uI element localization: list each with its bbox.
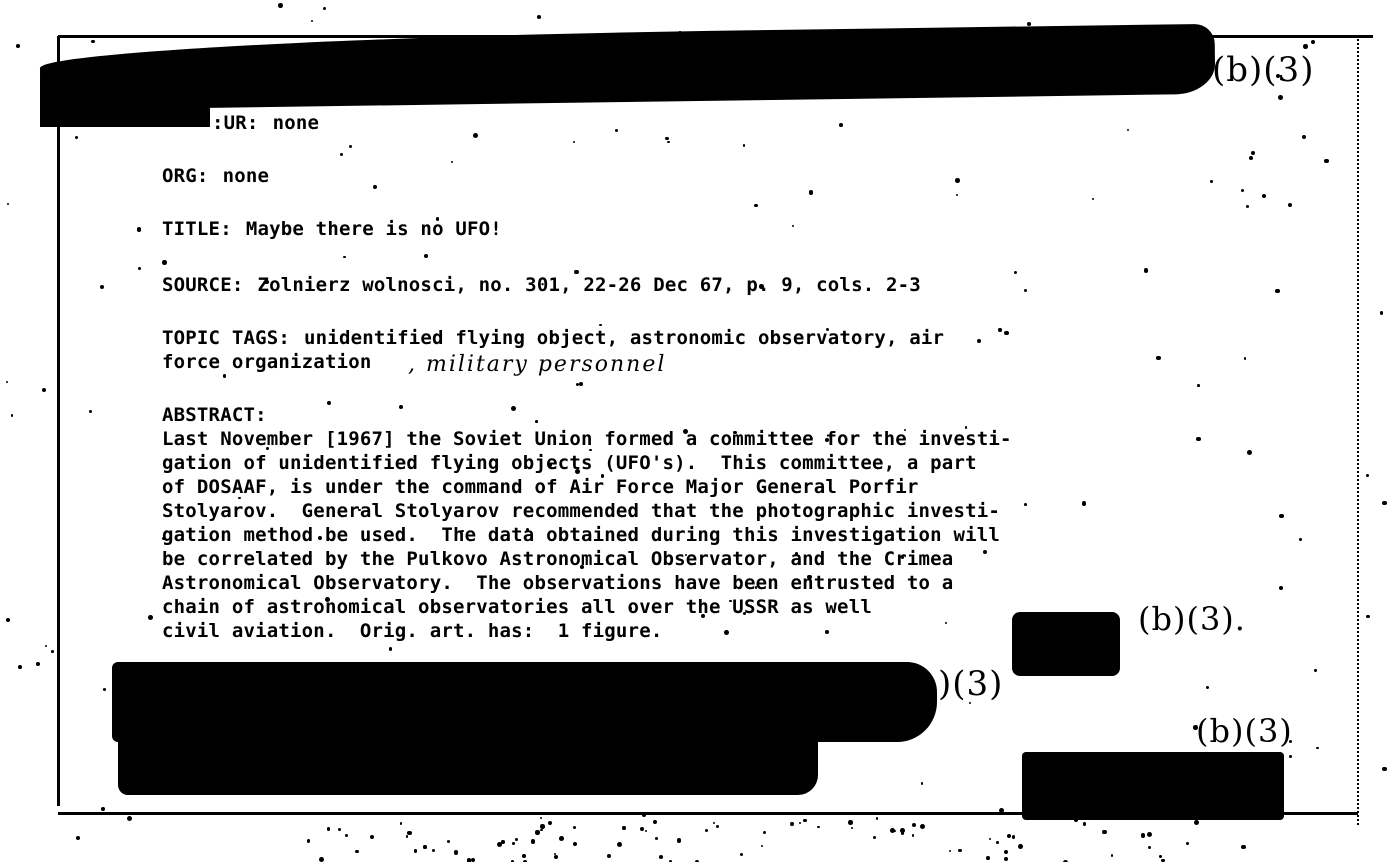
scan-speck — [1111, 854, 1114, 857]
scan-speck — [1004, 331, 1009, 336]
scan-speck — [148, 615, 153, 620]
scan-speck — [1024, 503, 1027, 506]
scan-speck — [432, 849, 435, 852]
scan-speck — [705, 829, 708, 832]
scan-speck — [958, 849, 961, 852]
scan-speck — [423, 845, 426, 848]
scan-speck — [533, 71, 537, 75]
scan-speck — [912, 823, 916, 827]
scan-speck — [575, 72, 577, 74]
scan-speck — [807, 575, 811, 579]
scan-speck — [809, 190, 813, 194]
scan-speck — [642, 813, 646, 817]
field-topic-tags-line1: unidentified flying object, astronomic o… — [304, 327, 944, 349]
scan-speck — [6, 618, 10, 622]
scan-speck — [1249, 156, 1253, 160]
scan-speck — [887, 50, 892, 55]
scan-speck — [1241, 845, 1245, 849]
scan-speck — [511, 406, 516, 411]
scan-speck — [751, 719, 756, 724]
abstract-line: chain of astronomical observatories all … — [162, 596, 872, 618]
scan-speck — [667, 141, 669, 143]
scan-speck — [454, 850, 459, 855]
scan-speck — [1147, 832, 1152, 837]
scan-speck — [535, 830, 539, 834]
scan-speck — [1145, 68, 1148, 71]
scan-speck — [645, 830, 647, 832]
scan-speck — [7, 203, 9, 205]
scan-speck — [901, 831, 905, 835]
scan-speck — [573, 826, 576, 829]
abstract-line: civil aviation. Orig. art. has: 1 figure… — [162, 620, 662, 642]
scan-speck — [1196, 437, 1201, 442]
scan-speck — [1302, 135, 1306, 139]
exemption-mark-top: (b)(3) — [1212, 50, 1314, 90]
scan-speck — [531, 839, 536, 844]
scan-speck — [406, 835, 408, 837]
abstract-line: gation method be used. The data obtained… — [162, 524, 1000, 546]
scan-speck — [640, 827, 645, 832]
scan-speck — [577, 53, 581, 57]
abstract-heading: ABSTRACT: — [162, 404, 267, 426]
field-topic-tags-line2: force organization — [162, 351, 372, 373]
scan-speck — [540, 824, 544, 828]
scan-speck — [325, 597, 330, 602]
scan-speck — [540, 817, 543, 820]
scan-speck — [311, 20, 313, 22]
abstract-line: be correlated by the Pulkovo Astronomica… — [162, 548, 953, 570]
scan-speck — [100, 285, 104, 289]
scan-speck — [665, 137, 668, 140]
scan-speck — [1382, 501, 1386, 505]
redaction-block-bottom-right — [1022, 752, 1284, 820]
scan-speck — [307, 839, 310, 842]
scan-speck — [996, 841, 999, 844]
scan-speck — [1083, 822, 1086, 825]
scan-speck — [754, 204, 757, 207]
scan-speck — [713, 822, 716, 825]
scan-speck — [574, 270, 578, 274]
exemption-mark-middle: (b)(3). — [1138, 600, 1246, 638]
field-source-value: Zolnierz wolnosci, no. 301, 22-26 Dec 67… — [257, 274, 920, 296]
scan-speck — [349, 145, 352, 148]
scan-speck — [653, 820, 657, 824]
scan-speck — [343, 256, 345, 258]
scan-speck — [1246, 205, 1249, 208]
scan-speck — [554, 855, 558, 859]
scan-speck — [677, 838, 682, 843]
scan-speck — [1014, 271, 1017, 274]
scan-speck — [740, 853, 743, 856]
scan-speck — [716, 825, 719, 828]
scan-speck — [345, 834, 348, 837]
scan-speck — [424, 254, 428, 258]
scan-speck — [890, 828, 895, 833]
abstract-line: of DOSAAF, is under the command of Air F… — [162, 476, 919, 498]
scan-speck — [103, 688, 106, 691]
scan-speck — [1288, 203, 1292, 207]
scan-speck — [986, 856, 990, 860]
scan-speck — [101, 807, 105, 811]
scan-speck — [16, 44, 20, 48]
scan-speck — [999, 808, 1004, 813]
scan-speck — [389, 647, 393, 651]
scan-speck — [537, 15, 541, 19]
field-title-value: Maybe there is no UFO! — [246, 218, 502, 240]
handwritten-tag-addition: , military personnel — [408, 352, 666, 377]
scan-speck — [339, 64, 342, 67]
scan-speck — [91, 40, 95, 44]
redaction-block-middle — [1012, 612, 1120, 676]
scan-speck — [1082, 501, 1086, 505]
scan-speck — [6, 381, 9, 384]
scan-speck — [876, 817, 878, 819]
scan-speck — [825, 630, 829, 634]
scan-speck — [1210, 180, 1213, 183]
scan-speck — [162, 260, 167, 265]
abstract-line: Astronomical Observatory. The observatio… — [162, 572, 953, 594]
scan-speck — [799, 822, 801, 824]
field-author-value: none — [273, 112, 320, 134]
scan-speck — [278, 3, 283, 8]
scan-speck — [11, 414, 13, 416]
scan-speck — [942, 68, 944, 70]
scan-speck — [873, 836, 876, 839]
scan-speck — [817, 826, 819, 828]
scan-speck — [75, 136, 79, 140]
scan-speck — [856, 48, 858, 50]
frame-right-border — [1357, 35, 1361, 825]
field-author-label: :UR: — [212, 112, 259, 134]
scan-speck — [512, 842, 515, 845]
scan-speck — [1289, 755, 1292, 758]
scan-speck — [340, 153, 343, 156]
scan-speck — [1159, 855, 1162, 858]
scan-speck — [1127, 129, 1129, 131]
scan-speck — [1324, 159, 1329, 164]
scan-speck — [683, 429, 688, 434]
scan-speck — [370, 835, 374, 839]
scan-speck — [264, 280, 268, 284]
scan-speck — [615, 129, 618, 132]
scan-speck — [1247, 450, 1252, 455]
abstract-line: gation of unidentified flying objects (U… — [162, 452, 977, 474]
scan-speck — [901, 556, 904, 559]
scan-speck — [1128, 816, 1130, 818]
scan-speck — [499, 91, 503, 95]
scan-speck — [956, 194, 958, 196]
scan-speck — [327, 827, 330, 830]
field-topic-tags-label: TOPIC TAGS: — [162, 327, 290, 349]
scan-speck — [473, 133, 478, 138]
scan-speck — [1275, 289, 1280, 294]
scan-speck — [921, 782, 923, 784]
scan-speck — [127, 816, 132, 821]
scan-speck — [42, 388, 46, 392]
scan-speck — [1007, 834, 1011, 838]
field-source-label: SOURCE: — [162, 274, 243, 296]
scan-speck — [659, 855, 663, 859]
scan-speck — [851, 827, 853, 829]
scan-speck — [223, 374, 227, 378]
scan-speck — [535, 420, 538, 423]
scan-speck — [373, 185, 377, 189]
scan-speck — [795, 552, 798, 555]
scan-speck — [1279, 586, 1283, 590]
field-title-label: TITLE: — [162, 218, 232, 240]
scan-speck — [318, 536, 322, 540]
scan-speck — [45, 645, 47, 647]
field-org: ORG:none — [162, 165, 269, 187]
scan-speck — [733, 431, 736, 434]
redaction-block-author — [40, 75, 210, 127]
scan-speck — [848, 820, 853, 825]
scan-speck — [912, 834, 914, 836]
scan-speck — [746, 767, 750, 771]
scan-speck — [1262, 194, 1266, 198]
scan-speck — [617, 842, 622, 847]
scan-speck — [291, 697, 295, 701]
scan-speck — [1186, 842, 1189, 845]
scan-speck — [839, 123, 843, 127]
scan-speck — [338, 828, 341, 831]
scan-speck — [977, 339, 981, 343]
scan-speck — [1241, 189, 1244, 192]
abstract-line: Last November [1967] the Soviet Union fo… — [162, 428, 1012, 450]
exemption-mark-bottom-right: (b)(3) — [1196, 712, 1293, 750]
scan-speck — [724, 630, 729, 635]
scan-speck — [550, 333, 553, 336]
scan-speck — [1193, 725, 1198, 730]
scan-speck — [575, 469, 580, 474]
scan-speck — [1024, 289, 1027, 292]
scan-speck — [573, 842, 577, 846]
scan-speck — [1299, 538, 1302, 541]
scan-speck — [1004, 850, 1008, 854]
scan-speck — [790, 822, 794, 826]
scan-speck — [451, 161, 453, 163]
scan-speck — [589, 449, 592, 452]
scan-speck — [1314, 669, 1316, 671]
scan-speck — [701, 614, 705, 618]
scan-speck — [497, 842, 502, 847]
scan-speck — [266, 447, 269, 450]
scan-speck — [407, 831, 412, 836]
field-source: SOURCE:Zolnierz wolnosci, no. 301, 22-26… — [162, 274, 921, 296]
scan-speck — [548, 463, 552, 467]
scan-speck — [780, 754, 782, 756]
scan-speck — [601, 474, 605, 478]
scan-speck — [540, 829, 543, 832]
scan-speck — [998, 328, 1001, 331]
scan-speck — [414, 849, 418, 853]
scan-speck — [238, 497, 241, 500]
scan-speck — [949, 850, 951, 852]
scan-speck — [983, 550, 987, 554]
scan-speck — [1018, 844, 1023, 849]
scan-speck — [1251, 151, 1255, 155]
scan-speck — [522, 854, 526, 858]
scan-speck — [358, 509, 360, 511]
scan-speck — [355, 850, 359, 854]
scan-speck — [803, 819, 806, 822]
scan-speck — [1102, 830, 1107, 835]
scan-speck — [1382, 767, 1387, 772]
scan-speck — [447, 840, 450, 843]
scan-speck — [425, 44, 428, 47]
exemption-mark-bottom-left: )(3) — [938, 664, 1003, 704]
scan-speck — [515, 838, 518, 841]
scan-speck — [573, 141, 575, 143]
scan-speck — [607, 854, 611, 858]
scan-speck — [1303, 44, 1308, 49]
scan-speck — [137, 227, 142, 232]
scan-speck — [580, 565, 584, 569]
scan-speck — [1244, 357, 1246, 359]
scan-speck — [761, 845, 764, 848]
scan-speck — [89, 410, 92, 413]
field-org-label: ORG: — [162, 165, 209, 187]
scan-speck — [323, 7, 326, 10]
scan-speck — [599, 324, 602, 327]
scan-speck — [138, 267, 141, 270]
scan-speck — [920, 824, 925, 829]
scan-speck — [1074, 818, 1078, 822]
scan-speck — [471, 858, 475, 862]
scan-speck — [755, 586, 757, 588]
scan-speck — [904, 429, 906, 431]
scan-speck — [1156, 356, 1160, 360]
scan-speck — [759, 284, 764, 289]
scan-speck — [1141, 833, 1146, 838]
field-author: :UR:none — [212, 112, 319, 134]
abstract-line: Stolyarov. General Stolyarov recommended… — [162, 500, 1000, 522]
scan-speck — [1197, 384, 1200, 387]
scan-speck — [51, 650, 54, 653]
scan-speck — [36, 662, 40, 666]
scan-speck — [763, 831, 766, 834]
scan-speck — [399, 405, 403, 409]
scan-speck — [1311, 40, 1315, 44]
scan-speck — [1366, 474, 1370, 478]
scan-speck — [579, 382, 583, 386]
scan-speck — [945, 622, 948, 625]
scan-speck — [955, 178, 960, 183]
frame-left-border — [57, 36, 60, 806]
scan-speck — [989, 838, 991, 840]
scan-speck — [1110, 816, 1114, 820]
scan-speck — [76, 836, 80, 840]
scan-speck — [655, 837, 658, 840]
redaction-bar-bottom-lower — [118, 720, 818, 795]
scan-speck — [400, 822, 403, 825]
scan-speck — [743, 144, 746, 147]
scan-speck — [1278, 95, 1283, 100]
scan-speck — [1316, 747, 1318, 749]
scan-speck — [1092, 198, 1095, 201]
scan-speck — [1279, 514, 1283, 518]
scan-speck — [1148, 846, 1151, 849]
scan-speck — [1206, 686, 1209, 689]
field-org-value: none — [223, 165, 270, 187]
scan-speck — [1004, 857, 1008, 861]
scan-speck — [1012, 835, 1016, 839]
scan-speck — [1144, 268, 1149, 273]
scan-speck — [792, 225, 795, 228]
scan-speck — [1255, 801, 1260, 806]
scan-speck — [319, 857, 324, 862]
scan-speck — [548, 821, 552, 825]
scan-speck — [398, 682, 403, 687]
scan-speck — [327, 401, 331, 405]
field-title: TITLE:Maybe there is no UFO! — [162, 218, 502, 240]
scan-speck — [1366, 615, 1370, 619]
scan-speck — [559, 836, 564, 841]
scan-speck — [1194, 820, 1199, 825]
scan-speck — [1380, 311, 1383, 314]
scan-speck — [622, 826, 625, 829]
scan-speck — [18, 665, 22, 669]
